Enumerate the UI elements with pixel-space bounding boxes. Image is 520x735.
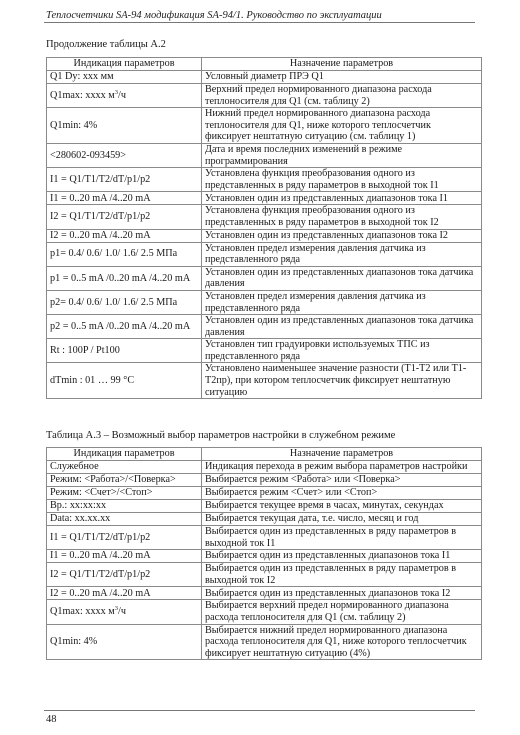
cell-purpose: Установлен тип градуировки используемых … <box>202 339 482 363</box>
table-row: I1 = 0..20 mA /4..20 mAВыбирается один и… <box>47 550 482 563</box>
table-row: I1 = Q1/T1/T2/dT/p1/p2Установлена функци… <box>47 168 482 192</box>
cell-indication: Вр.: xx:xx:xx <box>47 500 202 513</box>
table-row: p2= 0.4/ 0.6/ 1.0/ 1.6/ 2.5 МПаУстановле… <box>47 290 482 314</box>
indication-text: Q1max: xxxx м <box>50 606 115 617</box>
table-a3-body: СлужебноеИндикация перехода в режим выбо… <box>47 461 482 660</box>
table-row: Вр.: xx:xx:xxВыбирается текущее время в … <box>47 500 482 513</box>
table-row: Режим: <Счет>/<Стоп>Выбирается режим <Сч… <box>47 487 482 500</box>
table-row: dTmin : 01 … 99 °CУстановлено наименьшее… <box>47 363 482 399</box>
cell-purpose: Выбирается режим <Счет> или <Стоп> <box>202 487 482 500</box>
indication-text: Q1max: xxxx м <box>50 90 115 101</box>
indication-text: I1 = Q1/T1/T2/dT/p1/p2 <box>50 174 150 185</box>
cell-purpose: Выбирается текущее время в часах, минута… <box>202 500 482 513</box>
indication-text: Режим: <Работа>/<Поверка> <box>50 474 176 485</box>
cell-indication: I2 = 0..20 mA /4..20 mA <box>47 229 202 242</box>
cell-purpose: Выбирается один из представленных диапаз… <box>202 550 482 563</box>
indication-text: dTmin : 01 … 99 °C <box>50 375 134 386</box>
cell-indication: Q1min: 4% <box>47 624 202 660</box>
cell-indication: p2 = 0..5 mA /0..20 mA /4..20 mA <box>47 315 202 339</box>
page-number: 48 <box>46 714 57 725</box>
table-row: Q1 Dy: xxx ммУсловный диаметр ПРЭ Q1 <box>47 71 482 84</box>
table-a2: Индикация параметров Назначение параметр… <box>46 57 482 399</box>
footer-divider <box>44 710 475 711</box>
table-row: I2 = Q1/T1/T2/dT/p1/p2Выбирается один из… <box>47 563 482 587</box>
cell-purpose: Установлен предел измерения давления дат… <box>202 290 482 314</box>
table-row: p1= 0.4/ 0.6/ 1.0/ 1.6/ 2.5 МПаУстановле… <box>47 242 482 266</box>
column-header-purpose: Назначение параметров <box>202 448 482 461</box>
cell-indication: Q1max: xxxx м3/ч <box>47 600 202 624</box>
cell-purpose: Нижний предел нормированного диапазона р… <box>202 108 482 144</box>
table-a2-caption: Продолжение таблицы А.2 <box>46 39 166 50</box>
cell-indication: p1= 0.4/ 0.6/ 1.0/ 1.6/ 2.5 МПа <box>47 242 202 266</box>
cell-indication: I1 = 0..20 mA /4..20 mA <box>47 192 202 205</box>
table-row: I1 = Q1/T1/T2/dT/p1/p2Выбирается один из… <box>47 526 482 550</box>
cell-purpose: Установлено наименьшее значение разности… <box>202 363 482 399</box>
header-divider <box>44 22 475 23</box>
table-row: p2 = 0..5 mA /0..20 mA /4..20 mAУстановл… <box>47 315 482 339</box>
table-row: Rt : 100P / Pt100Установлен тип градуиро… <box>47 339 482 363</box>
column-header-indication: Индикация параметров <box>47 448 202 461</box>
cell-purpose: Установлена функция преобразования одног… <box>202 205 482 229</box>
cell-indication: I2 = 0..20 mA /4..20 mA <box>47 587 202 600</box>
table-row: Q1min: 4%Выбирается нижний предел нормир… <box>47 624 482 660</box>
table-row: Data: xx.xx.xxВыбирается текущая дата, т… <box>47 513 482 526</box>
cell-indication: Q1 Dy: xxx мм <box>47 71 202 84</box>
column-header-indication: Индикация параметров <box>47 58 202 71</box>
indication-text: p1 = 0..5 mA /0..20 mA /4..20 mA <box>50 273 190 284</box>
cell-indication: Служебное <box>47 461 202 474</box>
cell-purpose: Выбирается один из представленных в ряду… <box>202 526 482 550</box>
table-row: I2 = 0..20 mA /4..20 mAУстановлен один и… <box>47 229 482 242</box>
table-row: Q1max: xxxx м3/чВыбирается верхний преде… <box>47 600 482 624</box>
indication-text: I1 = 0..20 mA /4..20 mA <box>50 550 151 561</box>
indication-text: <280602-093459> <box>50 150 126 161</box>
cell-purpose: Установлен один из представленных диапаз… <box>202 192 482 205</box>
cell-indication: p2= 0.4/ 0.6/ 1.0/ 1.6/ 2.5 МПа <box>47 290 202 314</box>
cell-purpose: Верхний предел нормированного диапазона … <box>202 84 482 108</box>
cell-indication: I2 = Q1/T1/T2/dT/p1/p2 <box>47 205 202 229</box>
table-a3: Индикация параметров Назначение параметр… <box>46 447 482 660</box>
indication-text: I2 = 0..20 mA /4..20 mA <box>50 230 151 241</box>
indication-text: p1= 0.4/ 0.6/ 1.0/ 1.6/ 2.5 МПа <box>50 248 177 259</box>
table-row: I2 = 0..20 mA /4..20 mAВыбирается один и… <box>47 587 482 600</box>
table-header-row: Индикация параметров Назначение параметр… <box>47 448 482 461</box>
indication-text: Q1min: 4% <box>50 636 97 647</box>
cell-purpose: Установлен предел измерения давления дат… <box>202 242 482 266</box>
cell-purpose: Установлена функция преобразования одног… <box>202 168 482 192</box>
cell-purpose: Выбирается один из представленных в ряду… <box>202 563 482 587</box>
table-row: I1 = 0..20 mA /4..20 mAУстановлен один и… <box>47 192 482 205</box>
cell-indication: Q1max: xxxx м3/ч <box>47 84 202 108</box>
column-header-purpose: Назначение параметров <box>202 58 482 71</box>
indication-text: I1 = 0..20 mA /4..20 mA <box>50 193 151 204</box>
cell-indication: Rt : 100P / Pt100 <box>47 339 202 363</box>
table-row: <280602-093459>Дата и время последних из… <box>47 143 482 167</box>
cell-purpose: Выбирается режим <Работа> или <Поверка> <box>202 474 482 487</box>
indication-text: Режим: <Счет>/<Стоп> <box>50 487 152 498</box>
table-a3-caption: Таблица А.3 – Возможный выбор параметров… <box>46 430 395 441</box>
table-a2-body: Q1 Dy: xxx ммУсловный диаметр ПРЭ Q1Q1ma… <box>47 71 482 399</box>
cell-indication: Режим: <Работа>/<Поверка> <box>47 474 202 487</box>
cell-purpose: Установлен один из представленных диапаз… <box>202 315 482 339</box>
cell-indication: I2 = Q1/T1/T2/dT/p1/p2 <box>47 563 202 587</box>
table-row: Q1max: xxxx м3/чВерхний предел нормирова… <box>47 84 482 108</box>
cell-purpose: Индикация перехода в режим выбора параме… <box>202 461 482 474</box>
cell-indication: I1 = Q1/T1/T2/dT/p1/p2 <box>47 168 202 192</box>
table-header-row: Индикация параметров Назначение параметр… <box>47 58 482 71</box>
indication-text: I2 = 0..20 mA /4..20 mA <box>50 588 151 599</box>
indication-text: p2= 0.4/ 0.6/ 1.0/ 1.6/ 2.5 МПа <box>50 297 177 308</box>
cell-purpose: Условный диаметр ПРЭ Q1 <box>202 71 482 84</box>
cell-purpose: Выбирается верхний предел нормированного… <box>202 600 482 624</box>
indication-text: p2 = 0..5 mA /0..20 mA /4..20 mA <box>50 321 190 332</box>
cell-indication: <280602-093459> <box>47 143 202 167</box>
running-header-title: Теплосчетчики SA-94 модификация SA-94/1.… <box>46 10 382 21</box>
unit-tail: /ч <box>118 606 126 617</box>
cell-indication: Data: xx.xx.xx <box>47 513 202 526</box>
cell-indication: Режим: <Счет>/<Стоп> <box>47 487 202 500</box>
cell-indication: I1 = Q1/T1/T2/dT/p1/p2 <box>47 526 202 550</box>
indication-text: Служебное <box>50 461 99 472</box>
cell-indication: p1 = 0..5 mA /0..20 mA /4..20 mA <box>47 266 202 290</box>
indication-text: Q1min: 4% <box>50 120 97 131</box>
cell-purpose: Выбирается нижний предел нормированного … <box>202 624 482 660</box>
indication-text: Rt : 100P / Pt100 <box>50 345 120 356</box>
table-row: Режим: <Работа>/<Поверка>Выбирается режи… <box>47 474 482 487</box>
unit-tail: /ч <box>118 90 126 101</box>
indication-text: Вр.: xx:xx:xx <box>50 500 106 511</box>
cell-purpose: Установлен один из представленных диапаз… <box>202 229 482 242</box>
cell-purpose: Выбирается текущая дата, т.е. число, мес… <box>202 513 482 526</box>
cell-purpose: Установлен один из представленных диапаз… <box>202 266 482 290</box>
indication-text: I1 = Q1/T1/T2/dT/p1/p2 <box>50 532 150 543</box>
cell-indication: Q1min: 4% <box>47 108 202 144</box>
indication-text: I2 = Q1/T1/T2/dT/p1/p2 <box>50 569 150 580</box>
cell-indication: dTmin : 01 … 99 °C <box>47 363 202 399</box>
table-row: I2 = Q1/T1/T2/dT/p1/p2Установлена функци… <box>47 205 482 229</box>
cell-indication: I1 = 0..20 mA /4..20 mA <box>47 550 202 563</box>
table-row: p1 = 0..5 mA /0..20 mA /4..20 mAУстановл… <box>47 266 482 290</box>
indication-text: Data: xx.xx.xx <box>50 513 110 524</box>
table-row: СлужебноеИндикация перехода в режим выбо… <box>47 461 482 474</box>
cell-purpose: Выбирается один из представленных диапаз… <box>202 587 482 600</box>
cell-purpose: Дата и время последних изменений в режим… <box>202 143 482 167</box>
indication-text: I2 = Q1/T1/T2/dT/p1/p2 <box>50 211 150 222</box>
indication-text: Q1 Dy: xxx мм <box>50 71 114 82</box>
table-row: Q1min: 4%Нижний предел нормированного ди… <box>47 108 482 144</box>
